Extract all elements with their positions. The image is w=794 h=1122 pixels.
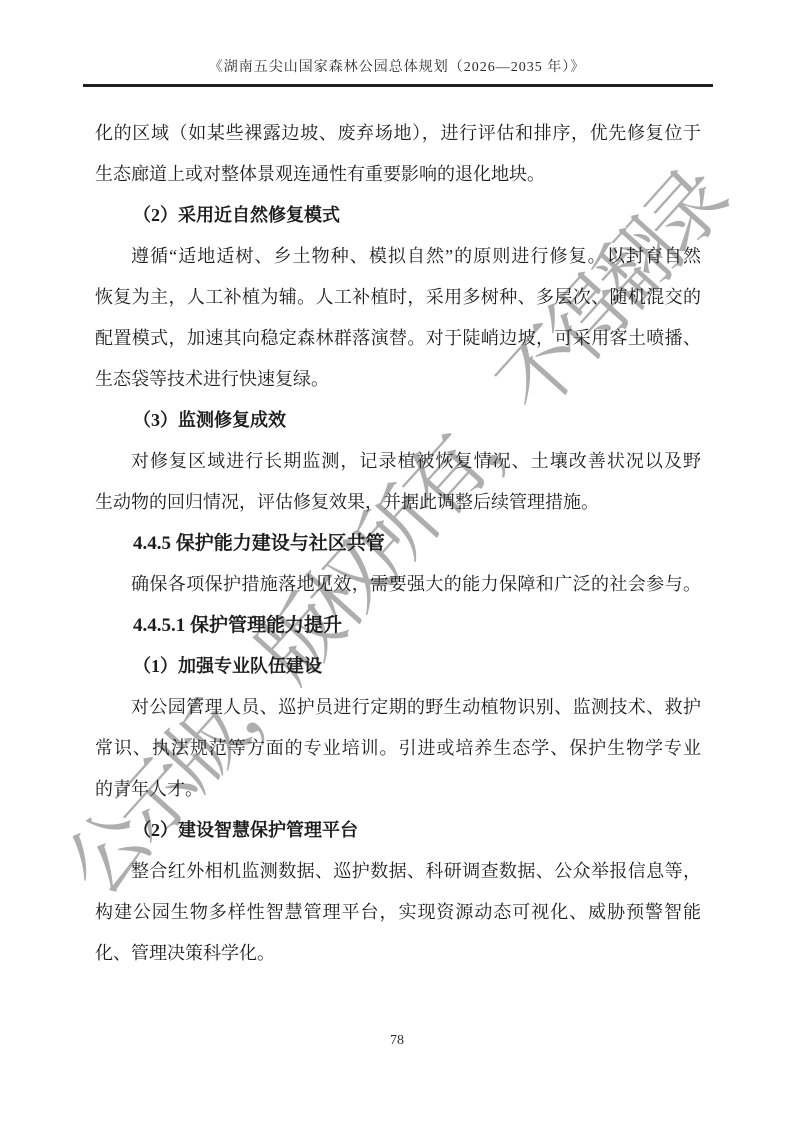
- text-line: 构建公园生物多样性智慧管理平台，实现资源动态可视化、威胁预警智能: [95, 892, 701, 933]
- text-line: 对修复区域进行长期监测，记录植被恢复情况、土壤改善状况以及野: [95, 441, 701, 482]
- text-line: 整合红外相机监测数据、巡护数据、科研调查数据、公众举报信息等，: [95, 851, 701, 892]
- text-line: 化的区域（如某些裸露边坡、废弃场地），进行评估和排序，优先修复位于: [95, 113, 701, 154]
- text-line: 的青年人才。: [95, 769, 701, 810]
- page-number: 78: [0, 1033, 794, 1049]
- text-line: 生动物的回归情况，评估修复效果，并据此调整后续管理措施。: [95, 482, 701, 523]
- text-line: 对公园管理人员、巡护员进行定期的野生动植物识别、监测技术、救护: [95, 687, 701, 728]
- page-header-title: 《湖南五尖山国家森林公园总体规划（2026—2035 年）》: [0, 56, 794, 76]
- text-line: 化、管理决策科学化。: [95, 933, 701, 974]
- document-body: 化的区域（如某些裸露边坡、废弃场地），进行评估和排序，优先修复位于 生态廊道上或…: [95, 113, 701, 974]
- text-line: 生态廊道上或对整体景观连通性有重要影响的退化地块。: [95, 154, 701, 195]
- section-heading-4-4-5-1: 4.4.5.1 保护管理能力提升: [95, 605, 701, 646]
- text-line: 恢复为主，人工补植为辅。人工补植时，采用多树种、多层次、随机混交的: [95, 277, 701, 318]
- header-divider: [83, 84, 713, 87]
- document-page: 公示版，版权所有，不得翻录 《湖南五尖山国家森林公园总体规划（2026—2035…: [0, 0, 794, 1122]
- text-line: 配置模式，加速其向稳定森林群落演替。对于陡峭边坡，可采用客土喷播、: [95, 318, 701, 359]
- text-line: 常识、执法规范等方面的专业培训。引进或培养生态学、保护生物学专业: [95, 728, 701, 769]
- section-heading-4-4-5: 4.4.5 保护能力建设与社区共管: [95, 523, 701, 564]
- subheading-2-near-natural-restoration: （2）采用近自然修复模式: [95, 195, 701, 236]
- subheading-1-professional-team: （1）加强专业队伍建设: [95, 646, 701, 687]
- text-line: 生态袋等技术进行快速复绿。: [95, 359, 701, 400]
- text-line: 确保各项保护措施落地见效，需要强大的能力保障和广泛的社会参与。: [95, 564, 701, 605]
- subheading-2-smart-platform: （2）建设智慧保护管理平台: [95, 810, 701, 851]
- subheading-3-monitor-restoration: （3）监测修复成效: [95, 400, 701, 441]
- text-line: 遵循“适地适树、乡土物种、模拟自然”的原则进行修复。以封育自然: [95, 236, 701, 277]
